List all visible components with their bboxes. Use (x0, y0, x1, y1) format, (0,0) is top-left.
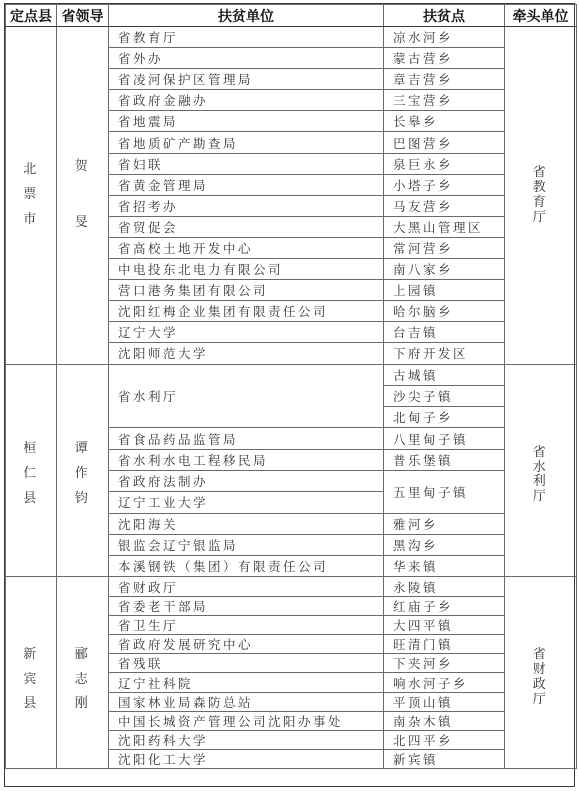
point-cell: 泉巨永乡 (384, 153, 505, 174)
point-cell: 大四平镇 (384, 615, 505, 634)
leader-cell: 贺 旻 (57, 27, 109, 365)
unit-cell: 省水利水电工程移民局 (109, 449, 384, 470)
lead-unit-cell: 省 教 育 厅 (505, 27, 577, 365)
table-row: 北 票 市 贺 旻 省教育厅 凉水河乡 省 教 育 厅 (6, 27, 577, 48)
leader-cell: 谭 作 钧 (57, 364, 109, 577)
point-cell: 蒙古营乡 (384, 48, 505, 69)
point-cell: 黑沟乡 (384, 534, 505, 555)
unit-cell: 省高校土地开发中心 (109, 237, 384, 258)
point-cell: 哈尔脑乡 (384, 301, 505, 322)
point-cell: 小塔子乡 (384, 174, 505, 195)
unit-cell: 省残联 (109, 654, 384, 673)
point-cell: 平顶山镇 (384, 692, 505, 711)
point-cell: 南杂木镇 (384, 711, 505, 730)
unit-cell: 中国长城资产管理公司沈阳办事处 (109, 711, 384, 730)
unit-cell: 省招考办 (109, 195, 384, 216)
unit-cell: 省卫生厅 (109, 615, 384, 634)
unit-cell: 省食品药品监管局 (109, 428, 384, 449)
unit-cell: 省政府发展研究中心 (109, 635, 384, 654)
point-cell: 巴图营乡 (384, 132, 505, 153)
point-cell: 台吉镇 (384, 322, 505, 343)
point-cell: 上园镇 (384, 280, 505, 301)
point-cell: 雅河乡 (384, 513, 505, 534)
point-cell: 沙尖子镇 (384, 385, 505, 406)
unit-cell: 省政府法制办 (109, 470, 384, 491)
unit-cell: 省政府金融办 (109, 90, 384, 111)
lead-unit-cell: 省 财 政 厅 (505, 577, 577, 769)
point-cell: 下夹河乡 (384, 654, 505, 673)
unit-cell: 省贸促会 (109, 216, 384, 237)
unit-cell: 省水利厅 (109, 364, 384, 428)
point-cell: 北四平乡 (384, 730, 505, 749)
county-cell: 北 票 市 (6, 27, 57, 365)
point-cell: 普乐堡镇 (384, 449, 505, 470)
unit-cell: 省凌河保护区管理局 (109, 69, 384, 90)
point-cell: 长皋乡 (384, 111, 505, 132)
point-cell: 马友营乡 (384, 195, 505, 216)
unit-cell: 中电投东北电力有限公司 (109, 259, 384, 280)
point-cell: 永陵镇 (384, 577, 505, 596)
point-cell: 常河营乡 (384, 237, 505, 258)
point-cell: 响水河子乡 (384, 673, 505, 692)
unit-cell: 国家林业局森防总站 (109, 692, 384, 711)
unit-cell: 沈阳药科大学 (109, 730, 384, 749)
unit-cell: 沈阳海关 (109, 513, 384, 534)
county-cell: 桓 仁 县 (6, 364, 57, 577)
unit-cell: 辽宁大学 (109, 322, 384, 343)
point-cell: 五里甸子镇 (384, 470, 505, 513)
header-county: 定点县 (6, 5, 57, 27)
header-row: 定点县 省领导 扶贫单位 扶贫点 牵头单位 (6, 5, 577, 27)
point-cell: 八里甸子镇 (384, 428, 505, 449)
leader-cell: 郦 志 刚 (57, 577, 109, 769)
table-row: 新 宾 县 郦 志 刚 省财政厅 永陵镇 省 财 政 厅 (6, 577, 577, 596)
unit-cell: 辽宁工业大学 (109, 492, 384, 513)
table-row: 桓 仁 县 谭 作 钧 省水利厅 古城镇 省 水 利 厅 (6, 364, 577, 385)
point-cell: 凉水河乡 (384, 27, 505, 48)
unit-cell: 省妇联 (109, 153, 384, 174)
unit-cell: 沈阳化工大学 (109, 750, 384, 769)
lead-unit-cell: 省 水 利 厅 (505, 364, 577, 577)
unit-cell: 省地质矿产勘查局 (109, 132, 384, 153)
unit-cell: 省教育厅 (109, 27, 384, 48)
point-cell: 北甸子乡 (384, 407, 505, 428)
point-cell: 古城镇 (384, 364, 505, 385)
header-leader: 省领导 (57, 5, 109, 27)
unit-cell: 沈阳红梅企业集团有限责任公司 (109, 301, 384, 322)
point-cell: 下府开发区 (384, 343, 505, 364)
unit-cell: 沈阳师范大学 (109, 343, 384, 364)
header-unit: 扶贫单位 (109, 5, 384, 27)
county-cell: 新 宾 县 (6, 577, 57, 769)
header-lead-unit: 牵头单位 (505, 5, 577, 27)
unit-cell: 省黄金管理局 (109, 174, 384, 195)
point-cell: 新宾镇 (384, 750, 505, 769)
point-cell: 三宝营乡 (384, 90, 505, 111)
unit-cell: 省委老干部局 (109, 596, 384, 615)
poverty-alleviation-table-document: 定点县 省领导 扶贫单位 扶贫点 牵头单位 北 票 市 贺 旻 省教育 (4, 3, 575, 787)
point-cell: 红庙子乡 (384, 596, 505, 615)
unit-cell: 本溪钢铁（集团）有限责任公司 (109, 556, 384, 577)
unit-cell: 省地震局 (109, 111, 384, 132)
point-cell: 南八家乡 (384, 259, 505, 280)
point-cell: 华来镇 (384, 556, 505, 577)
unit-cell: 省外办 (109, 48, 384, 69)
unit-cell: 银监会辽宁银监局 (109, 534, 384, 555)
point-cell: 大黑山管理区 (384, 216, 505, 237)
point-cell: 章吉营乡 (384, 69, 505, 90)
header-point: 扶贫点 (384, 5, 505, 27)
unit-cell: 省财政厅 (109, 577, 384, 596)
unit-cell: 辽宁社科院 (109, 673, 384, 692)
assignment-table: 定点县 省领导 扶贫单位 扶贫点 牵头单位 北 票 市 贺 旻 省教育 (5, 4, 577, 769)
unit-cell: 营口港务集团有限公司 (109, 280, 384, 301)
point-cell: 旺清门镇 (384, 635, 505, 654)
